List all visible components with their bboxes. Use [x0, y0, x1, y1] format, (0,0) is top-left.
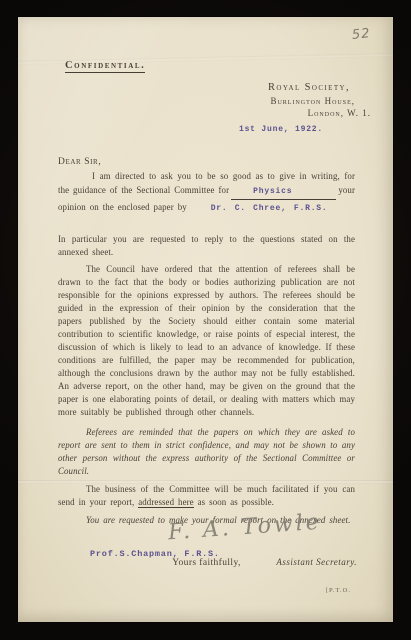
- letterhead: Royal Society, Burlington House, London,…: [58, 82, 355, 120]
- salutation: Dear Sir,: [58, 157, 355, 167]
- paragraph-council-text: The Council have ordered that the attent…: [58, 264, 355, 417]
- committee-name-blank: Physics: [231, 183, 336, 200]
- form-paragraph-line1: I am directed to ask you to be so good a…: [58, 170, 355, 183]
- author-name-value: Dr. C. Chree, F.R.S.: [211, 204, 328, 213]
- paragraph-strict-confidence: Referees are reminded that the papers on…: [58, 426, 355, 478]
- committee-name-value: Physics: [253, 187, 292, 196]
- paragraph-formal-report: You are requested to make your formal re…: [58, 514, 355, 527]
- addressed-here-underlined: addressed here: [138, 497, 193, 508]
- paragraph-committee-business: The business of the Committee will be mu…: [58, 483, 355, 509]
- paragraph-confidence-text: Referees are reminded that the papers on…: [58, 427, 355, 476]
- form-paragraph-line2: the guidance of the Sectional Committee …: [58, 183, 355, 200]
- letterhead-organisation: Royal Society,: [58, 82, 355, 95]
- form-line3-prefix: opinion on the enclosed paper by: [58, 202, 187, 212]
- paragraph-annexed-sheet: In particular you are requested to reply…: [58, 233, 355, 259]
- paper-fold-crease: [18, 480, 393, 484]
- date-line: 1st June, 1922.: [58, 125, 355, 134]
- business-text-part2: as soon as possible.: [194, 497, 274, 507]
- letterhead-address-line2: London, W. 1.: [58, 107, 371, 120]
- closing-valediction: Yours faithfully,: [58, 558, 355, 568]
- form-paragraph-line3: opinion on the enclosed paper by Dr. C. …: [58, 200, 355, 216]
- form-line2-prefix: the guidance of the Sectional Committee …: [58, 183, 229, 198]
- pto-mark: [P.T.O.: [326, 587, 351, 594]
- paragraph-council-orders: The Council have ordered that the attent…: [58, 263, 355, 419]
- form-line2-suffix: your: [338, 183, 355, 198]
- pencil-page-number: 52: [352, 26, 372, 43]
- letterhead-address-line1: Burlington House,: [58, 95, 355, 108]
- formal-report-text: You are requested to make your formal re…: [86, 515, 350, 525]
- letter-page: 52 Confidential. Royal Society, Burlingt…: [18, 17, 393, 622]
